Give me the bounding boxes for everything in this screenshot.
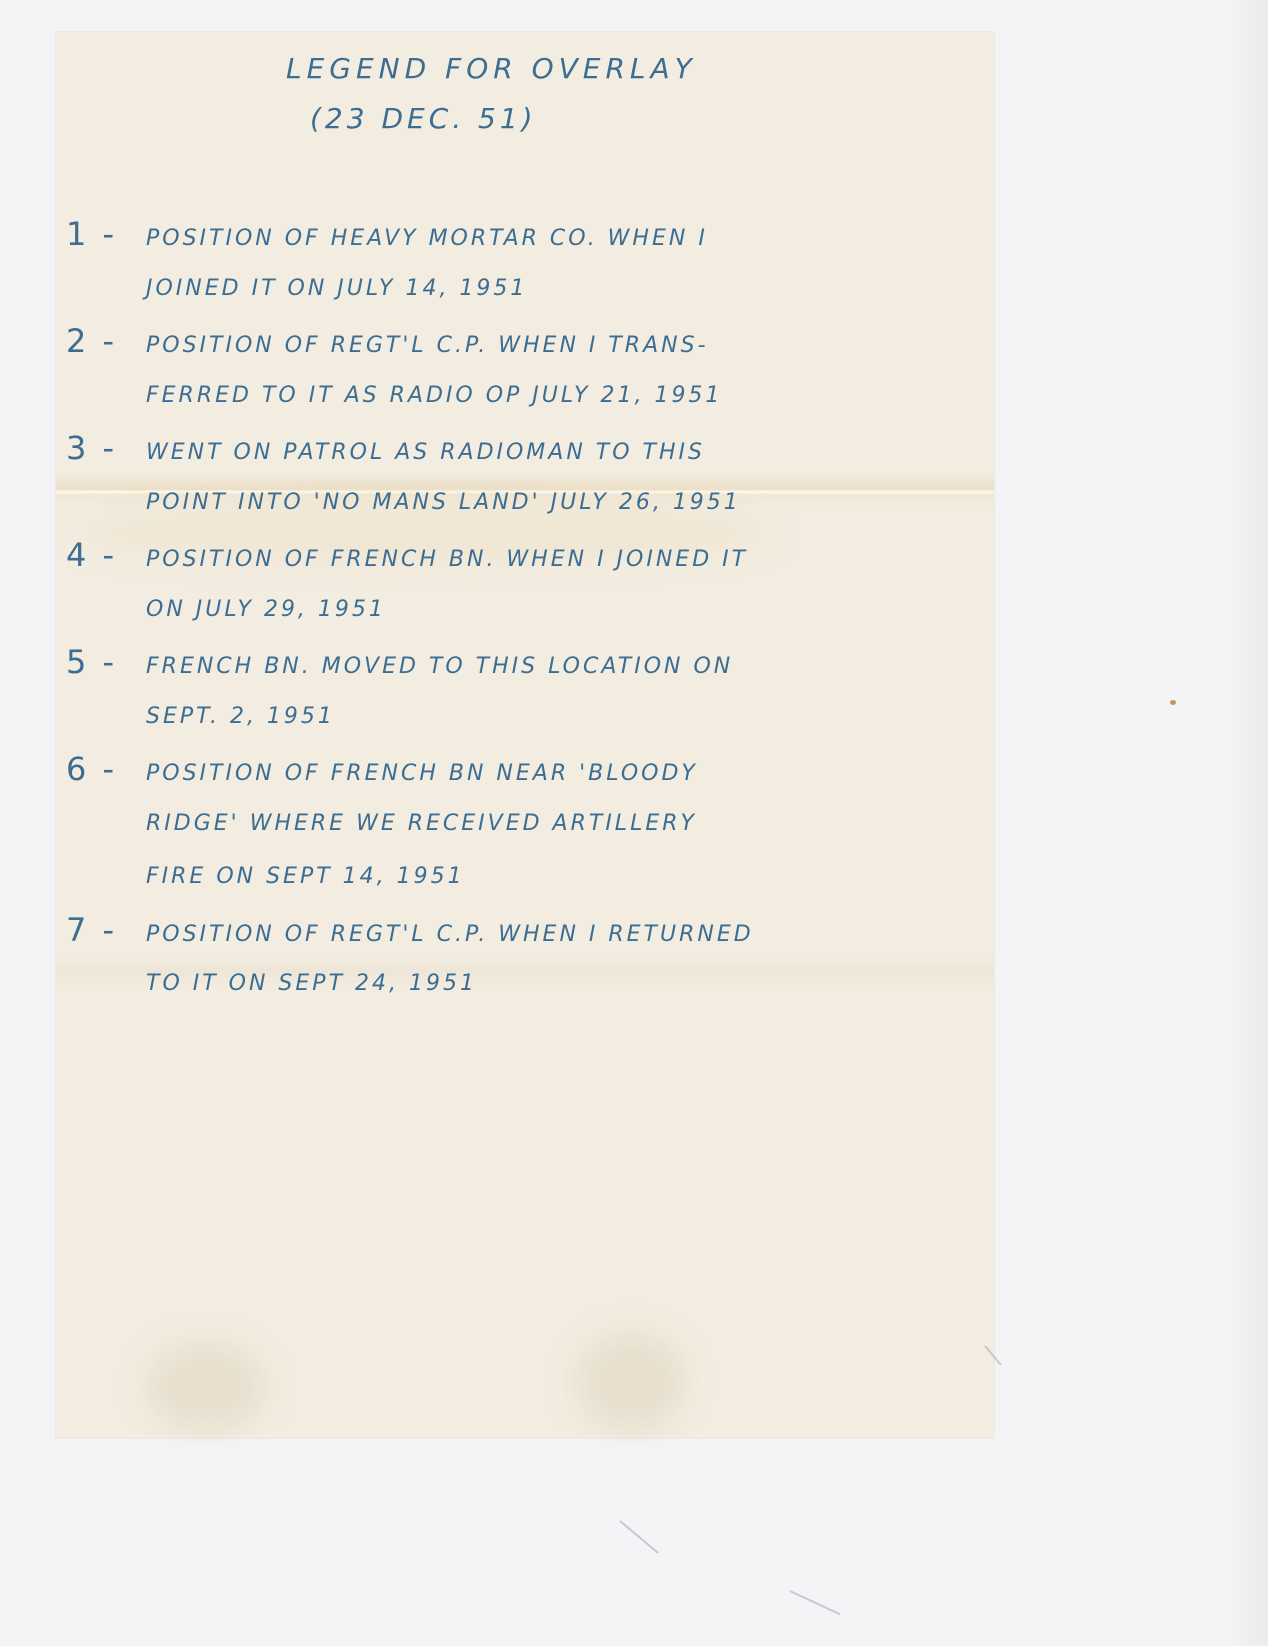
entry-text: to it on Sept 24, 1951 [66, 957, 966, 1011]
entry-number: 5 - [66, 636, 146, 690]
entry-text: joined it on July 14, 1951 [66, 262, 966, 316]
legend-entry-4: 4 -Position of French Bn. when I joined … [66, 529, 966, 636]
legend-entry-2: 2 -Position of Regt'l C.P. when I trans-… [66, 315, 966, 422]
paper-stain [576, 1332, 686, 1432]
paper-stain [146, 1342, 266, 1432]
entry-number: 6 - [66, 743, 146, 797]
entry-text: Position of French Bn near 'Bloody [146, 761, 698, 786]
entry-text: fire on Sept 14, 1951 [66, 850, 966, 904]
entry-text: Position of Regt'l C.P. when I returned [146, 922, 754, 947]
legend-entry-7: 7 -Position of Regt'l C.P. when I return… [66, 904, 966, 1011]
entry-text: Sept. 2, 1951 [66, 690, 966, 744]
legend-title: LEGEND FOR OVERLAY [286, 52, 697, 85]
entry-text: Position of French Bn. when I joined it [146, 547, 748, 572]
legend-entries: 1 -Position of Heavy Mortar Co. when I j… [66, 208, 966, 1011]
entry-number: 7 - [66, 904, 146, 958]
scan-scratch [619, 1520, 659, 1554]
entry-text: French Bn. moved to this location on [146, 654, 733, 679]
entry-number: 3 - [66, 422, 146, 476]
entry-text: ferred to it as radio op July 21, 1951 [66, 369, 966, 423]
legend-entry-1: 1 -Position of Heavy Mortar Co. when I j… [66, 208, 966, 315]
legend-entry-5: 5 -French Bn. moved to this location on … [66, 636, 966, 743]
entry-text: Went on patrol as radioman to this [146, 440, 705, 465]
entry-text: Position of Heavy Mortar Co. when I [146, 226, 708, 251]
legend-entry-6: 6 -Position of French Bn near 'Bloody Ri… [66, 743, 966, 904]
entry-text: on July 29, 1951 [66, 583, 966, 637]
scan-edge-shadow [1228, 0, 1268, 1646]
entry-number: 4 - [66, 529, 146, 583]
entry-text: Position of Regt'l C.P. when I trans- [146, 333, 709, 358]
entry-number: 1 - [66, 208, 146, 262]
legend-date: (23 DEC. 51) [310, 102, 537, 135]
scan-speck [1170, 700, 1176, 705]
handwritten-legend-sheet: LEGEND FOR OVERLAY (23 DEC. 51) 1 -Posit… [56, 32, 994, 1438]
entry-text: Ridge' where we received artillery [66, 797, 966, 851]
entry-text: point into 'No Mans Land' July 26, 1951 [66, 476, 966, 530]
scan-scratch [790, 1590, 841, 1615]
legend-entry-3: 3 -Went on patrol as radioman to this po… [66, 422, 966, 529]
entry-number: 2 - [66, 315, 146, 369]
